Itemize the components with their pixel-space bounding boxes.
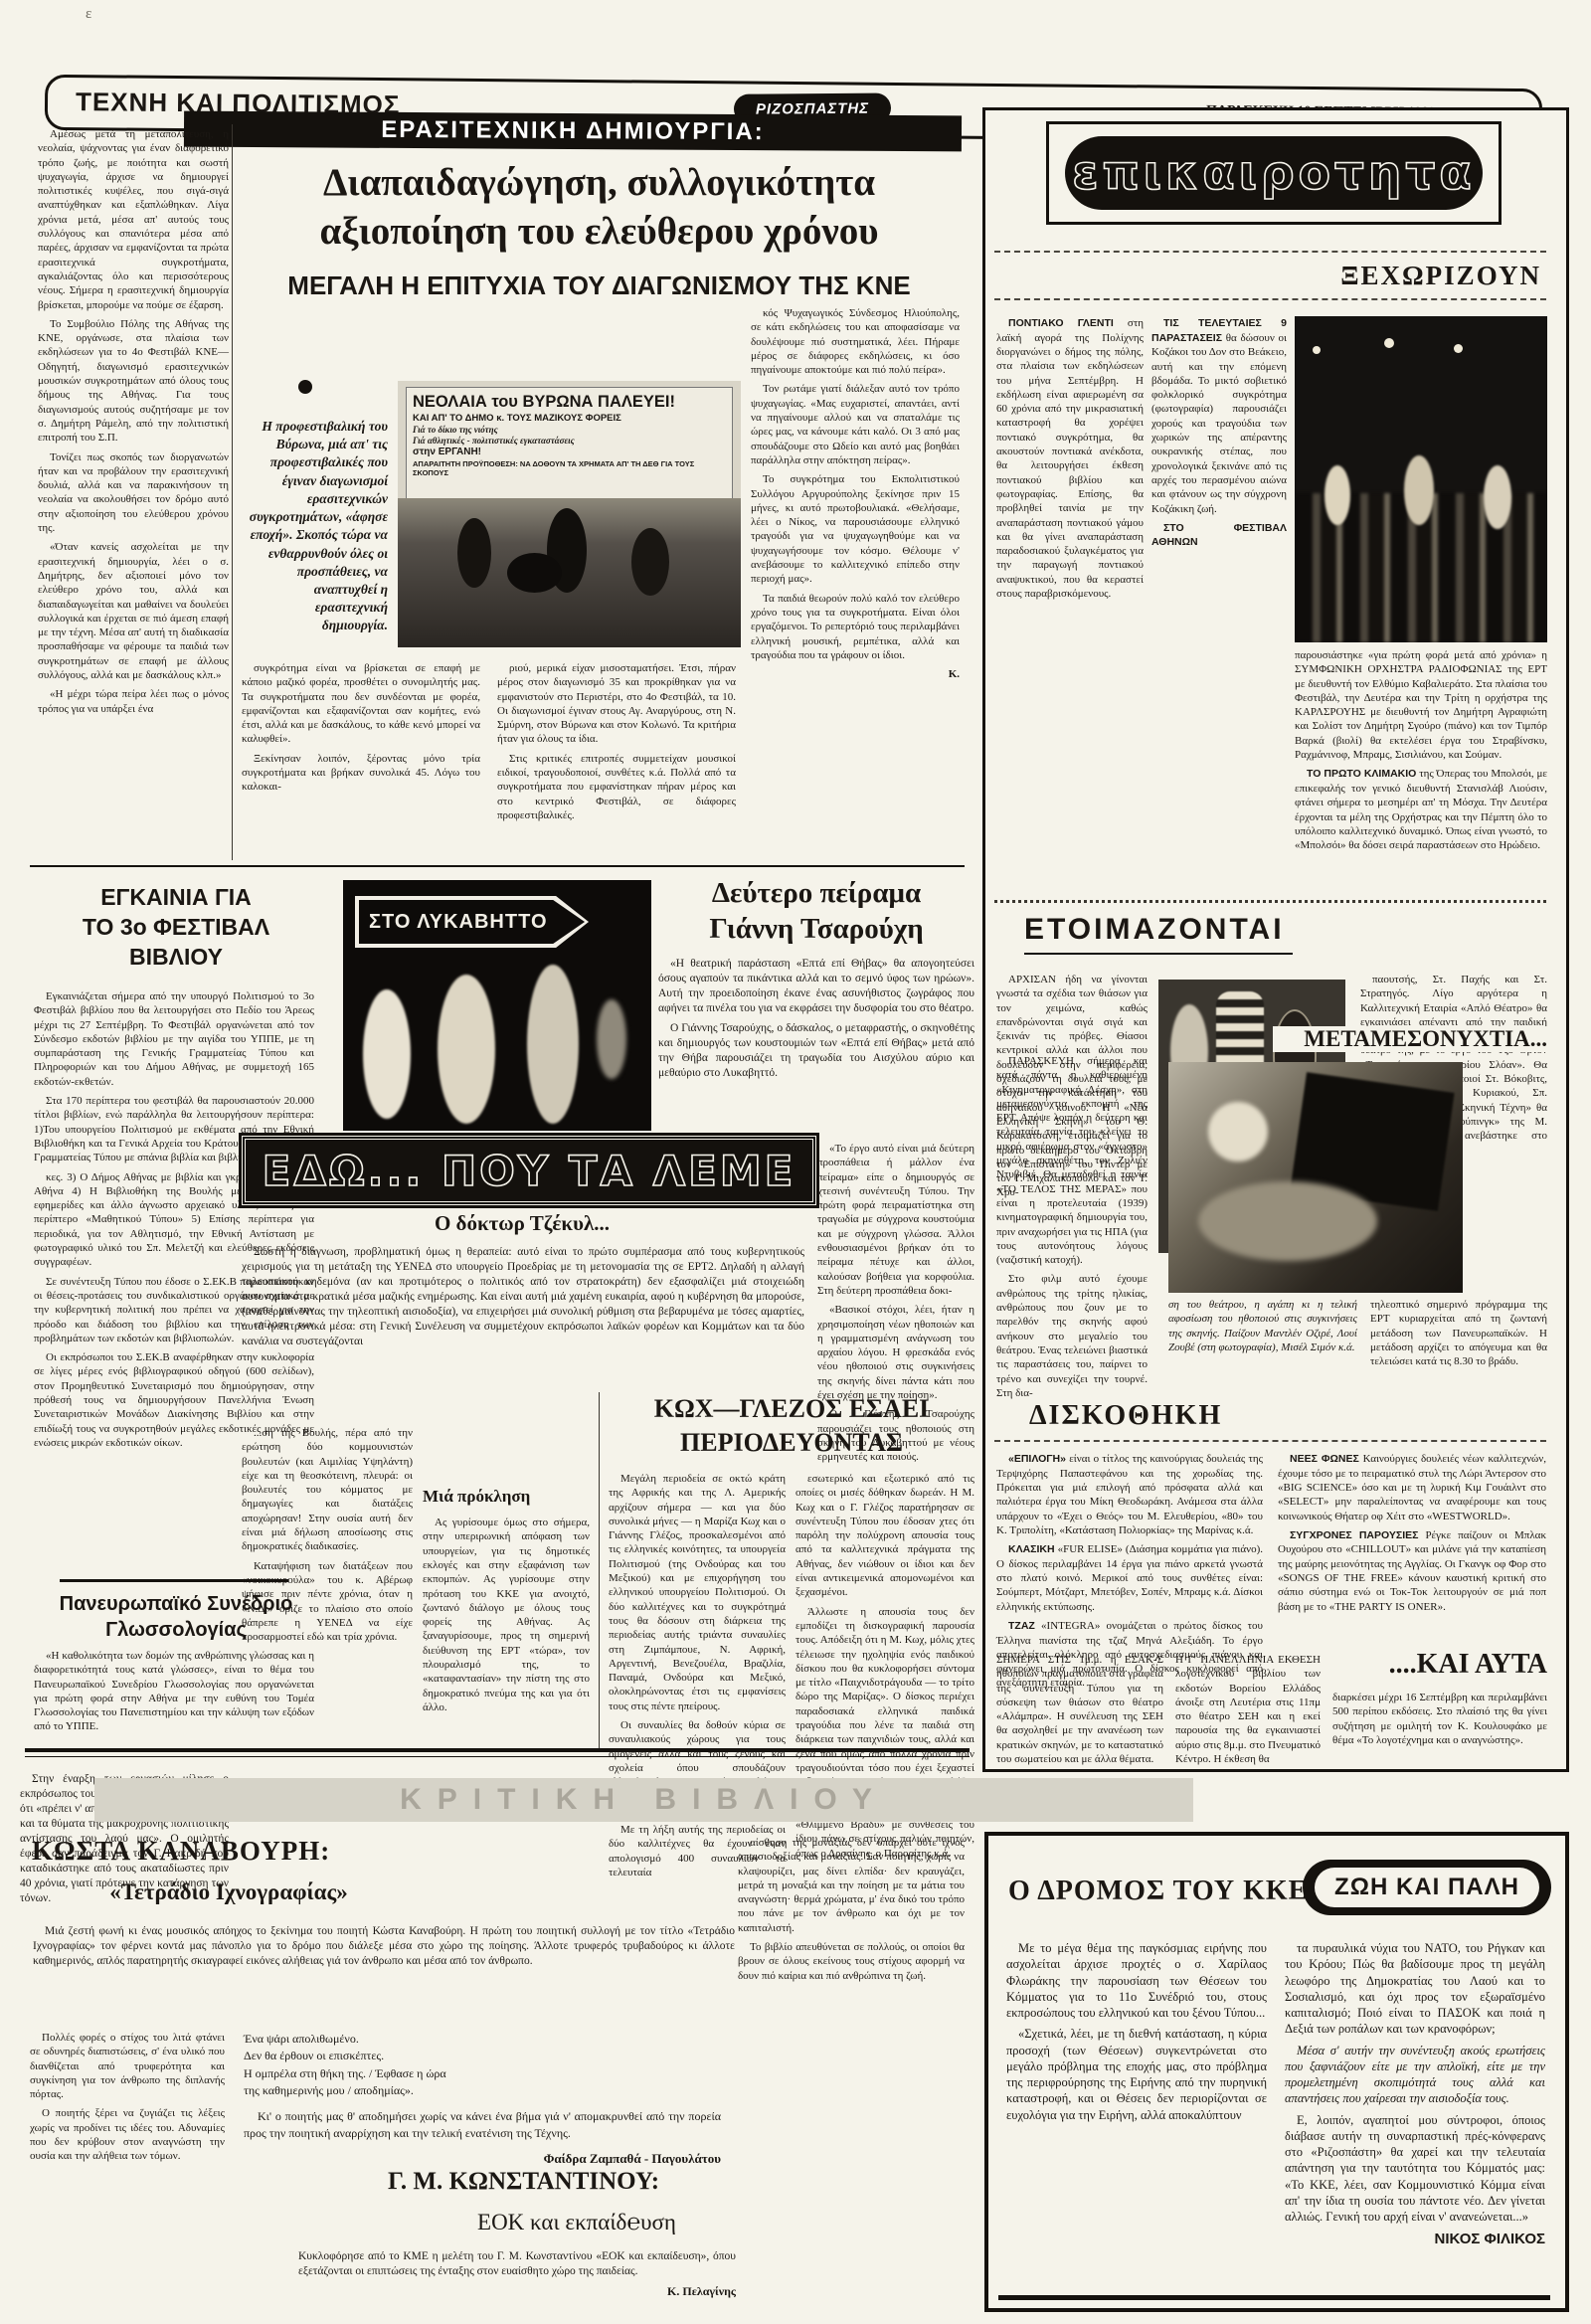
koch-glezos-title: ΚΩΧ—ΓΛΕΖΟΣ ΕΣΑΕΙ ΠΕΡΙΟΔΕΥΟΝΤΑΣ xyxy=(609,1392,974,1460)
paragraph: Μεγάλη περιοδεία σε οκτώ κράτη της Αφρικ… xyxy=(609,1472,786,1713)
lead-column-4: κός Ψυχαγωγικός Σύνδεσμος Ηλιούπολης, σε… xyxy=(751,306,960,860)
paragraph: Εγκαινιάζεται σήμερα από την υπουργό Πολ… xyxy=(34,989,314,1089)
title-line: ΤΟ 3ο ΦΕΣΤΙΒΑΛ xyxy=(32,913,320,943)
stage-light xyxy=(1313,346,1321,354)
actor-figure xyxy=(527,965,579,1124)
brief: διαρκέσει μέχρι 16 Σεπτέμβρη και περιλαμ… xyxy=(1332,1691,1547,1747)
lead-headline: Διαπαιδαγώγηση, συλλογικότητα αξιοποίηση… xyxy=(244,159,955,257)
banner-line: ΝΕΟΛΑΙΑ του ΒΥΡΩΝΑ ΠΑΛΕΥΕΙ! xyxy=(413,393,726,412)
dancer-figure xyxy=(1404,455,1434,525)
diskothiki-col-1: «ΕΠΙΛΟΓΗ» είναι ο τίτλος της καινούργιας… xyxy=(996,1452,1263,1651)
paragraph: Ξεκίνησαν λοιπόν, ξέροντας μόνο τρία συγ… xyxy=(242,752,480,795)
thick-rule xyxy=(998,2295,1550,2300)
paragraph: Ας γυρίσουμε όμως στο σήμερα, στην υπερι… xyxy=(423,1516,590,1714)
paragraph: Αμέσως μετά τη μεταπολίτευση, η νεολαία,… xyxy=(38,127,229,312)
metamesonyxtia-title: ΜΕΤΑΜΕΣΟΝΥΧΤΙΑ... xyxy=(1273,1026,1547,1052)
book-festival-title: ΕΓΚΑΙΝΙΑ ΓΙΑ ΤΟ 3ο ΦΕΣΤΙΒΑΛ ΒΙΒΛΙΟΥ xyxy=(32,883,320,973)
dr-jekyll-head: Ο δόκτωρ Τζέκυλ... xyxy=(298,1211,746,1236)
brief-lead: ΤΟ ΠΡΩΤΟ ΚΛΙΜΑΚΙΟ xyxy=(1307,768,1416,780)
kai-afta-col-3: διαρκέσει μέχρι 16 Σεπτέμβρη και περιλαμ… xyxy=(1332,1691,1547,1760)
dashed-rule xyxy=(994,298,1546,300)
record-lead: ΝΕΕΣ ΦΩΝΕΣ xyxy=(1290,1453,1359,1465)
arrow-sign: ΣΤΟ ΛΥΚΑΒΗΤΤΟ xyxy=(359,900,585,944)
review-byline: Κ. Πελαγίνης xyxy=(298,2284,736,2300)
epikairotita-text: επικαιροτητα xyxy=(1072,146,1475,201)
xexorizoun-col-1: ΠΟΝΤΙΑΚΟ ΓΛΕΝΤΙ στη λαϊκή αγορά της Πολί… xyxy=(996,316,1144,888)
paragraph: Κι' ο ποιητής μας θ' αποδημήσει χωρίς να… xyxy=(244,2108,721,2143)
brief-text: παρουσιάστηκε «για πρώτη φορά μετά από χ… xyxy=(1295,648,1547,762)
banner-line: Γιά το δίκιο της νιότης xyxy=(413,425,726,435)
kanavouris-intro: Μιά ζεστή φωνή κι ένας μουσικός απόηχος … xyxy=(33,1924,735,2024)
kritiki-ghost-text: ΚΡΙΤΙΚΗ ΒΙΒΛΙΟΥ xyxy=(400,1783,888,1817)
paragraph: Με το μέγα θέμα της παγκόσμιας ειρήνης π… xyxy=(1006,1940,1267,2021)
koch-column-1: Μεγάλη περιοδεία σε οκτώ κράτη της Αφρικ… xyxy=(609,1472,786,1750)
paragraph: «Βασικοί στόχοι, λέει, ήταν η χρησιμοποί… xyxy=(817,1303,974,1402)
zoi-kai-pali-inner: ΖΩΗ ΚΑΙ ΠΑΛΗ xyxy=(1315,1868,1539,1907)
dancer-figure xyxy=(1484,465,1511,529)
thin-rule xyxy=(25,1756,970,1757)
lead-photo-caption: Η προφεστιβαλική του Βύρωνα, μιά απ' τις… xyxy=(247,418,388,635)
dashed-rule xyxy=(994,251,1546,253)
title-line: ΚΩΧ—ΓΛΕΖΟΣ ΕΣΑΕΙ xyxy=(609,1392,974,1426)
paragraph: τα πυραυλικά νύχια του ΝΑΤΟ, του Ρήγκαν … xyxy=(1285,1940,1545,2038)
newspaper-page: ε ΤΕΧΝΗ ΚΑΙ ΠΟΛΙΤΙΣΜΟΣ ΡΙΖΟΣΠΑΣΤΗΣ ΠΑΡΑΣ… xyxy=(0,0,1591,2324)
author-initial: Κ. xyxy=(751,667,960,681)
record-review: ΣΥΓΧΡΟΝΕΣ ΠΑΡΟΥΣΙΕΣ Ρέγκε παίζουν οι Μπλ… xyxy=(1278,1528,1546,1614)
paragraph: Το βιβλίο απευθύνεται σε πολλούς, οι οπο… xyxy=(738,1940,965,1983)
koch-column-2: εσωτερικό και εξωτερικό από τις οποίες ο… xyxy=(795,1472,974,1750)
kke-box: Ο ΔΡΟΜΟΣ ΤΟΥ ΚΚΕ... ΖΩΗ ΚΑΙ ΠΑΛΗ Με το μ… xyxy=(984,1832,1569,2312)
film-caption: ση του θεάτρου, η αγάπη κι η τελική αφοσ… xyxy=(1168,1298,1357,1354)
paragraph: «Το έργο αυτό είναι μιά δεύτερη προσπάθε… xyxy=(817,1142,974,1298)
banner-line: Γιά αθλητικές - πολιτιστικές εγκαταστάσε… xyxy=(413,436,726,446)
paragraph: Ε, λοιπόν, αγαπητοί μου σύντροφοι, όποιο… xyxy=(1285,2112,1545,2226)
paragraph: «Όταν κανείς ασχολείται με την ερασιτεχν… xyxy=(38,540,229,682)
title-line: ΠΕΡΙΟΔΕΥΟΝΤΑΣ xyxy=(609,1426,974,1460)
record-review: ΚΛΑΣΙΚΗ «FUR ELISE» (Διάσημα κομμάτια γι… xyxy=(996,1542,1263,1614)
musician-silhouette xyxy=(631,528,669,596)
kritiki-ghost-banner: ΚΡΙΤΙΚΗ ΒΙΒΛΙΟΥ xyxy=(94,1778,1193,1822)
kke-col-left: Με το μέγα θέμα της παγκόσμιας ειρήνης π… xyxy=(1006,1940,1267,2268)
paragraph: ΠΑΡΑΣΚΕΥΗ σήμερα και κατά πάντα η καθιερ… xyxy=(996,1054,1148,1267)
edo-column-a: ...ση της Βουλής, πέρα από την ερώτηση δ… xyxy=(242,1426,413,1749)
film-still-photo xyxy=(1168,1062,1463,1293)
paragraph: «Η θεατρική παράσταση «Επτά επί Θήβας» θ… xyxy=(658,957,974,1016)
brief: ΤΙΣ ΤΕΛΕΥΤΑΙΕΣ 9 ΠΑΡΑΣΤΑΣΕΙΣ θα δώσουν ο… xyxy=(1151,316,1287,516)
paragraph: ριού, μερικά είχαν μισοσταματήσει. Έτσι,… xyxy=(497,661,736,747)
edo-subhead: Μιά πρόκληση xyxy=(423,1486,590,1508)
rule xyxy=(30,865,965,867)
kanavouris-author: ΚΩΣΤΑ ΚΑΝΑΒΟΥΡΗ: xyxy=(32,1836,330,1867)
actor-figure xyxy=(363,989,411,1119)
banner-line: ΚΑΙ ΑΠ' ΤΟ ΔΗΜΟ κ. ΤΟΥΣ ΜΑΖΙΚΟΥΣ ΦΟΡΕΙΣ xyxy=(413,413,726,424)
record-lead: ΚΛΑΣΙΚΗ xyxy=(1008,1543,1055,1555)
meta-col-right: τηλεοπτικό σημερινό πρόγραμμα της ΕΡΤ κυ… xyxy=(1370,1298,1547,1392)
paragraph: Ο ποιητής ξέρει να ζυγιάζει τις λέξεις χ… xyxy=(30,2106,225,2163)
kai-afta-col-1: ΣΗΜΕΡΑ ΣΤΙΣ 1μ.μ. η ΕΣΑΚ-Σ ηθοποιών πραγ… xyxy=(996,1653,1163,1760)
diskothiki-col-2: ΝΕΕΣ ΦΩΝΕΣ Καινούργιες δουλειές νέων καλ… xyxy=(1278,1452,1546,1651)
title-line: ΕΓΚΑΙΝΙΑ ΓΙΑ xyxy=(32,883,320,913)
konstantinou-author: Γ. Μ. ΚΩΝΣΤΑΝΤΙΝΟΥ: xyxy=(388,2168,659,2196)
brief-lead: ΠΟΝΤΙΑΚΟ ΓΛΕΝΤΙ xyxy=(1008,317,1114,329)
meta-col-left: ΠΑΡΑΣΚΕΥΗ σήμερα και κατά πάντα η καθιερ… xyxy=(996,1054,1148,1338)
record-review: «ΕΠΙΛΟΓΗ» είναι ο τίτλος της καινούργιας… xyxy=(996,1452,1263,1537)
lead-column-1: Αμέσως μετά τη μεταπολίτευση, η νεολαία,… xyxy=(38,127,229,861)
tsarouchis-side-column: «Το έργο αυτό είναι μιά δεύτερη προσπάθε… xyxy=(817,1142,974,1385)
zoi-kai-pali-text: ΖΩΗ ΚΑΙ ΠΑΛΗ xyxy=(1334,1874,1519,1901)
lead-column-3: ριού, μερικά είχαν μισοσταματήσει. Έτσι,… xyxy=(497,661,736,860)
paragraph: Μέσα σ' αυτήν την συνέντευξη ακούς ερωτή… xyxy=(1285,2043,1545,2107)
kanavouris-poem: Ένα ψάρι απολιθωμένο. Δεν θα έρθουν οι ε… xyxy=(244,2031,721,2169)
edo-banner-text: ΕΔΩ... ΠΟΥ ΤΑ ΛΕΜΕ xyxy=(263,1147,796,1195)
title-line: Δεύτερο πείραμα xyxy=(658,875,974,911)
lead-column-2: συγκρότημα είναι να βρίσκεται σε επαφή μ… xyxy=(242,661,480,860)
edo-column-b: Μιά πρόκληση Ας γυρίσουμε όμως στο σήμερ… xyxy=(423,1426,590,1749)
kke-col-right: τα πυραυλικά νύχια του ΝΑΤΟ, του Ρήγκαν … xyxy=(1285,1940,1545,2268)
poem-line: Δεν θα έρθουν οι επισκέπτες. xyxy=(244,2048,721,2064)
arrow-sign-label: ΣΤΟ ΛΥΚΑΒΗΤΤΟ xyxy=(369,911,548,934)
paragraph: Τα παιδιά θεωρούν πολύ καλό τον ελεύθερο… xyxy=(751,592,960,662)
poem-line: της καθημερινής μου / αποδημίας». xyxy=(244,2082,721,2099)
kanavouris-col-1: Πολλές φορές ο στίχος του λιτά φτάνει σε… xyxy=(30,2031,225,2319)
edo-banner: ΕΔΩ... ΠΟΥ ΤΑ ΛΕΜΕ xyxy=(242,1136,816,1205)
kai-afta-title: ....ΚΑΙ ΑΥΤΑ xyxy=(1332,1649,1547,1681)
actor-figure xyxy=(597,999,626,1079)
protest-banner: ΝΕΟΛΑΙΑ του ΒΥΡΩΝΑ ΠΑΛΕΥΕΙ! ΚΑΙ ΑΠ' ΤΟ Δ… xyxy=(406,387,733,500)
paragraph: Καταψήφιση των διατάξεων που «νοικοκυρού… xyxy=(242,1559,413,1645)
paragraph: «Σχετικά, λέει, με τη διεθνή κατάσταση, … xyxy=(1006,2026,1267,2123)
poem-line: Η ομπρέλα στη θήκη της. / Έφθασε η ώρα xyxy=(244,2065,721,2082)
paragraph: συγκρότημα είναι να βρίσκεται σε επαφή μ… xyxy=(242,661,480,747)
poem-line: Ένα ψάρι απολιθωμένο. xyxy=(244,2031,721,2048)
tsarouchis-body: «Η θεατρική παράσταση «Επτά επί Θήβας» θ… xyxy=(658,957,974,1131)
tsarouchis-title: Δεύτερο πείραμα Γιάννη Τσαρούχη xyxy=(658,875,974,948)
kke-byline: ΝΙΚΟΣ ΦΙΛΙΚΟΣ xyxy=(1285,2230,1545,2249)
kanavouris-title: «Τετράδιο Ιχνογραφίας» xyxy=(60,1879,398,1905)
paragraph: Τον ρωτάμε γιατί διάλεξαν αυτό τον τρόπο… xyxy=(751,382,960,467)
cossacks-photo xyxy=(1295,316,1547,642)
title-line: Γιάννη Τσαρούχη xyxy=(658,911,974,947)
paragraph: Ο Γιάννης Τσαρούχης, ο δάσκαλος, ο μεταφ… xyxy=(658,1021,974,1081)
stage-scene xyxy=(398,498,741,647)
diskothiki-title: ΔΙΣΚΟΘΗΚΗ xyxy=(1029,1400,1222,1432)
etoimazontai-title: ΕΤΟΙΜΑΖΟΝΤΑΙ xyxy=(1024,913,1285,947)
banner-line: ΑΠΑΡΑΙΤΗΤΗ ΠΡΟΫΠΟΘΕΣΗ: ΝΑ ΔΟΘΟΥΝ ΤΑ ΧΡΗΜ… xyxy=(413,459,726,477)
paragraph: Στο φιλμ αυτό έχουμε ανθρώπους της τρίτη… xyxy=(996,1272,1148,1400)
lykavittos-photo: ΣΤΟ ΛΥΚΑΒΗΤΤΟ xyxy=(343,880,651,1131)
paragraph: Κυκλοφόρησε από το ΚΜΕ η μελέτη του Γ. Μ… xyxy=(298,2249,736,2279)
dancer-figure xyxy=(1325,465,1350,525)
brief: ΤΟ ΠΡΩΤΟ ΚΛΙΜΑΚΙΟ της Όπερας του Μπολσόι… xyxy=(1295,767,1547,852)
paragraph: Σωστή η διάγνωση, προβληματική όμως η θε… xyxy=(242,1245,804,1349)
record-lead: ΣΥΓΧΡΟΝΕΣ ΠΑΡΟΥΣΙΕΣ xyxy=(1290,1529,1418,1541)
xexorizoun-col-2: ΤΙΣ ΤΕΛΕΥΤΑΙΕΣ 9 ΠΑΡΑΣΤΑΣΕΙΣ θα δώσουν ο… xyxy=(1151,316,1287,888)
record-review: ΝΕΕΣ ΦΩΝΕΣ Καινούργιες δουλειές νέων καλ… xyxy=(1278,1452,1546,1523)
thick-rule xyxy=(25,1748,970,1752)
paragraph: «Η μέχρι τώρα πείρα λέει πως ο μόνος τρό… xyxy=(38,687,229,716)
stage-light xyxy=(1384,338,1394,348)
title-line: ΒΙΒΛΙΟΥ xyxy=(32,943,320,973)
drum-kit xyxy=(507,553,562,593)
record-text: Ρέγκε παίζουν οι Μπλακ Ουχούρου στο «CHI… xyxy=(1278,1529,1546,1613)
xexorizoun-col-3: παρουσιάστηκε «για πρώτη φορά μετά από χ… xyxy=(1295,648,1547,887)
lead-kicker-banner: ΕΡΑΣΙΤΕΧΝΙΚΗ ΔΗΜΙΟΥΡΓΙΑ: xyxy=(184,111,962,152)
brief-text: θα δώσουν οι Κοζάκοι του Δον στο Βεάκειο… xyxy=(1151,332,1287,515)
paragraph: Πολλές φορές ο στίχος του λιτά φτάνει σε… xyxy=(30,2031,225,2101)
brief-text: στη λαϊκή αγορά της Πολίχνης διοργανώνει… xyxy=(996,317,1144,600)
kanavouris-col-4: αίσθηση της μοναξιάς δεν υπάρχει ούτε ίχ… xyxy=(738,1836,965,2319)
paragraph: Το Συμβούλιο Πόλης της Αθήνας της ΚΝΕ, ο… xyxy=(38,317,229,446)
brief: ΣΤΟ ΦΕΣΤΙΒΑΛ ΑΘΗΝΩΝ xyxy=(1151,521,1287,550)
lead-kicker: ΕΡΑΣΙΤΕΧΝΙΚΗ ΔΗΜΙΟΥΡΓΙΑ: xyxy=(381,116,765,146)
column-divider xyxy=(599,1392,600,1750)
rule xyxy=(1024,953,1293,955)
paragraph: κός Ψυχαγωγικός Σύνδεσμος Ηλιούπολης, σε… xyxy=(751,306,960,377)
paragraph: αίσθηση της μοναξιάς δεν υπάρχει ούτε ίχ… xyxy=(738,1836,965,1935)
xexorizoun-title: ΞΕΧΩΡΙΖΟΥΝ xyxy=(1223,261,1541,291)
actor-figure xyxy=(438,975,495,1124)
paragraph: Μιά ζεστή φωνή κι ένας μουσικός απόηχος … xyxy=(33,1924,735,1969)
dashed-rule xyxy=(994,1440,1546,1442)
zoi-kai-pali-pill: ΖΩΗ ΚΑΙ ΠΑΛΗ xyxy=(1303,1860,1551,1915)
paragraph: εσωτερικό και εξωτερικό από τις οποίες ο… xyxy=(795,1472,974,1600)
record-lead: «ΕΠΙΛΟΓΗ» xyxy=(1008,1453,1066,1465)
record-lead: ΤΖΑΖ xyxy=(1008,1620,1035,1632)
scan-artifact: ε xyxy=(86,6,91,23)
epikairotita-banner: επικαιροτητα xyxy=(1065,136,1483,210)
lead-photo: ΝΕΟΛΑΙΑ του ΒΥΡΩΝΑ ΠΑΛΕΥΕΙ! ΚΑΙ ΑΠ' ΤΟ Δ… xyxy=(398,381,741,647)
paragraph: Άλλωστε η απουσία τους δεν εμποδίζει τη … xyxy=(795,1605,974,1861)
actor-face xyxy=(1208,1102,1268,1162)
brief: ΠΟΝΤΙΑΚΟ ΓΛΕΝΤΙ στη λαϊκή αγορά της Πολί… xyxy=(996,316,1144,601)
caption-bullet xyxy=(298,380,312,394)
musician-silhouette xyxy=(457,518,491,588)
review-byline: Φαίδρα Ζαμπαθά - Παγουλάτου xyxy=(244,2150,721,2169)
paragraph: ...ση της Βουλής, πέρα από την ερώτηση δ… xyxy=(242,1426,413,1554)
banner-line: στην ΕΡΓΑΝΗ! xyxy=(413,447,726,457)
konstantinou-body: Κυκλοφόρησε από το ΚΜΕ η μελέτη του Γ. Μ… xyxy=(298,2249,736,2304)
set-background xyxy=(1198,1181,1377,1261)
column-divider xyxy=(232,124,233,860)
paragraph: τηλεοπτικό σημερινό πρόγραμμα της ΕΡΤ κυ… xyxy=(1370,1298,1547,1368)
lead-subhead: ΜΕΓΑΛΗ Η ΕΠΙΤΥΧΙΑ ΤΟΥ ΔΙΑΓΩΝΙΣΜΟΥ ΤΗΣ ΚΝ… xyxy=(249,270,950,301)
konstantinou-title: ΕΟΚ και εκπαίδ℮υση xyxy=(418,2210,736,2235)
stage-light xyxy=(1454,344,1463,353)
brief-text: της Όπερας του Μπολσόι, με επικεφαλής το… xyxy=(1295,768,1547,851)
record-text: είναι ο τίτλος της καινούργιας δουλειάς … xyxy=(996,1453,1263,1536)
dotted-rule xyxy=(994,900,1546,903)
paragraph: Στις κριτικές επιτροπές συμμετείχαν μουσ… xyxy=(497,752,736,822)
arrow-sign-outer: ΣΤΟ ΛΥΚΑΒΗΤΤΟ xyxy=(355,896,589,948)
kai-afta-col-2: Η Γ' ΠΑΝΕΛΛΗΝΙΑ ΕΚΘΕΣΗ λογοτεχνικού βιβλ… xyxy=(1175,1653,1321,1760)
kke-title: Ο ΔΡΟΜΟΣ ΤΟΥ ΚΚΕ... xyxy=(1008,1876,1331,1907)
paragraph: Τονίζει πως σκοπός των διοργανωτών ήταν … xyxy=(38,450,229,536)
epikairotita-frame: επικαιροτητα xyxy=(1046,121,1502,225)
brief: Η Γ' ΠΑΝΕΛΛΗΝΙΑ ΕΚΘΕΣΗ λογοτεχνικού βιβλ… xyxy=(1175,1653,1321,1766)
paragraph: Το συγκρότημα του Εκπολιτιστικού Συλλόγο… xyxy=(751,472,960,586)
brief: ΣΗΜΕΡΑ ΣΤΙΣ 1μ.μ. η ΕΣΑΚ-Σ ηθοποιών πραγ… xyxy=(996,1653,1163,1766)
brief-lead: ΣΤΟ ΦΕΣΤΙΒΑΛ ΑΘΗΝΩΝ xyxy=(1151,522,1287,549)
